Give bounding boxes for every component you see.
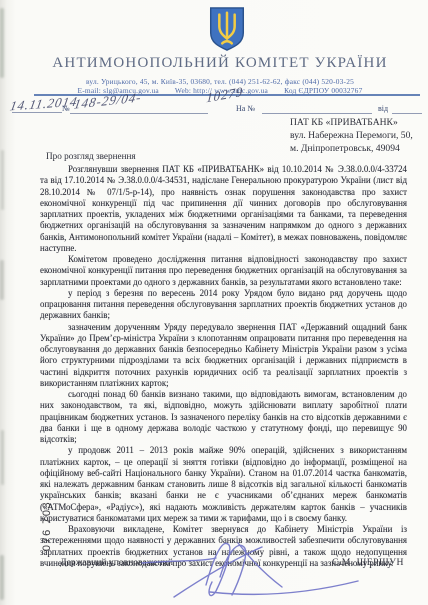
number-underline — [70, 113, 208, 114]
header-address-line: вул. Урицького, 45, м. Київ-35, 03680, т… — [20, 77, 420, 86]
letter-body: Розглянувши звернення ПАТ КБ «ПРИВАТБАНК… — [40, 164, 407, 569]
addressee-city: м. Дніпропетровськ, 49094 — [290, 142, 413, 155]
body-paragraph: сьогодні понад 60 банків визнано такими,… — [40, 389, 407, 445]
side-document-number: 076 703 — [41, 494, 55, 558]
scan-smudge — [1, 430, 4, 485]
scan-smudge — [0, 260, 4, 300]
date-underline — [12, 112, 62, 113]
body-paragraph: Розглянувши звернення ПАТ КБ «ПРИВАТБАНК… — [40, 164, 407, 254]
incoming-date-label: від — [378, 104, 388, 113]
coat-of-arms-emblem — [207, 6, 247, 52]
body-paragraph: зазначеним дорученням Уряду передувало з… — [40, 322, 407, 390]
number-sign-label: № — [62, 104, 70, 113]
scanned-letter-page: АНТИМОНОПОЛЬНИЙ КОМІТЕТ УКРАЇНИ вул. Ури… — [0, 0, 428, 605]
subject-line: Про розгляд звернення — [46, 151, 136, 161]
trident-icon — [207, 6, 247, 52]
signature-scribble — [140, 535, 370, 603]
body-paragraph: Комітетом проведено дослідження питання … — [40, 254, 407, 288]
scan-smudge — [0, 555, 4, 600]
incoming-date-underline — [392, 113, 422, 114]
body-paragraph: у період з березня по вересень 2014 року… — [40, 288, 407, 322]
incoming-number-label: На № — [236, 104, 255, 113]
scan-smudge — [1, 150, 4, 210]
organization-name: АНТИМОНОПОЛЬНИЙ КОМІТЕТ УКРАЇНИ — [20, 55, 420, 72]
addressee-name: ПАТ КБ «ПРИВАТБАНК» — [290, 116, 413, 129]
signatory-name: С.М. ШЕРШУН — [332, 557, 404, 568]
body-paragraph: у продовж 2011 – 2013 років майже 90% оп… — [40, 445, 407, 524]
scan-smudge — [0, 8, 4, 78]
incoming-number-underline — [262, 113, 372, 114]
addressee-street: вул. Набережна Перемоги, 50, — [290, 129, 413, 142]
addressee-block: ПАТ КБ «ПРИВАТБАНК» вул. Набережна Перем… — [290, 116, 413, 156]
